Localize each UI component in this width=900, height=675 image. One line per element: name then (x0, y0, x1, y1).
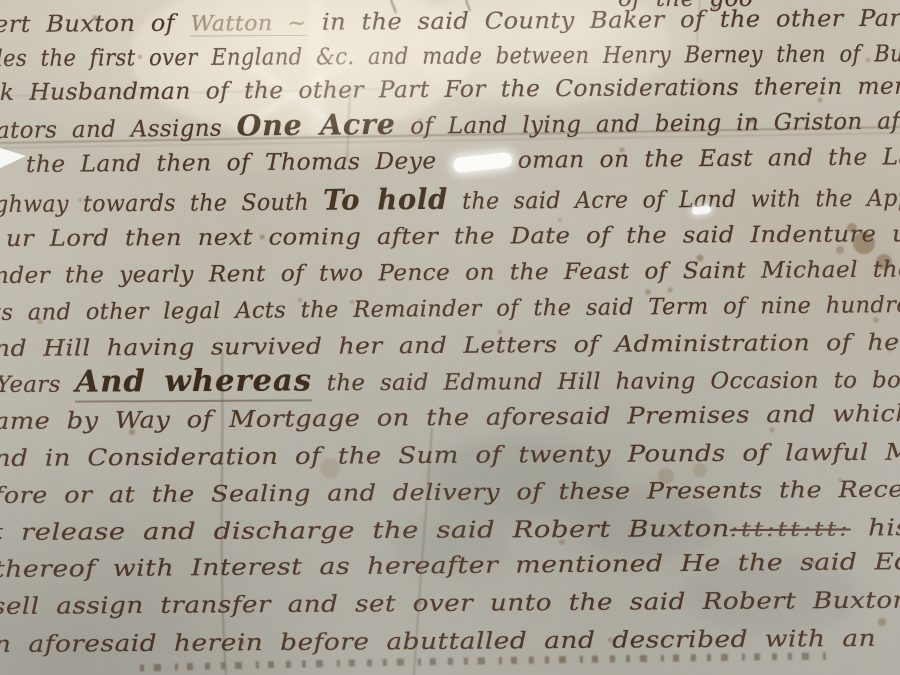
glare-reflection-inline (453, 152, 513, 173)
manuscript-line-18: n aforesaid herein before abuttalled and… (0, 624, 876, 660)
manuscript-text: oman on the East and the Land (518, 144, 900, 174)
manuscript-text: :tt:tt:tt: (730, 517, 851, 542)
manuscript-text: ur Lord then next coming after the Date … (6, 221, 900, 252)
manuscript-text: of Land lying and being in Griston afo (395, 108, 900, 139)
manuscript-line-10: nd Hill having survived her and Letters … (0, 328, 900, 364)
manuscript-text: ert Buxton of (0, 11, 191, 38)
manuscript-line-2: les the first over England &c. and made … (0, 39, 900, 74)
manuscript-line-3: lk Husbandman of the other Part For the … (0, 72, 900, 108)
manuscript-text: t release and discharge the said Robert … (0, 516, 730, 546)
manuscript-text: One Acre (237, 107, 396, 143)
manuscript-line-1: ert Buxton of Watton ~ in the said Count… (0, 4, 900, 40)
manuscript-text: nder the yearly Rent of two Pence on the… (0, 257, 900, 289)
manuscript-text: lk Husbandman of the other Part For the … (0, 74, 900, 106)
manuscript-text: n aforesaid herein before abuttalled and… (0, 626, 876, 658)
manuscript-text: in the said County Baker of the other Pa… (306, 6, 900, 36)
manuscript-text: Years (0, 372, 76, 398)
photograph-of-indenture: of the goo ert Buxton of Watton ~ in the… (0, 0, 900, 675)
manuscript-text: les the first over England &c. and made … (0, 41, 900, 72)
manuscript-text: nd in Consideration of the Sum of twenty… (0, 440, 900, 472)
manuscript-text: ghway towards the South (0, 190, 323, 218)
manuscript-line-14: fore or at the Sealing and delivery of t… (0, 475, 900, 511)
manuscript-text: sell assign transfer and set over unto t… (0, 588, 900, 620)
manuscript-text: Watton ~ (190, 10, 306, 37)
manuscript-line-17: sell assign transfer and set over unto t… (0, 586, 900, 622)
manuscript-line-11: Years And whereas the said Edmund Hill h… (0, 363, 900, 398)
manuscript-text: ame by Way of Mortgage on the aforesaid … (0, 401, 900, 435)
manuscript-text: To hold (323, 182, 448, 217)
manuscript-text: And whereas (75, 363, 312, 402)
manuscript-line-7: ur Lord then next coming after the Date … (6, 219, 900, 254)
manuscript-text: ators and Assigns (0, 115, 237, 144)
manuscript-text: fore or at the Sealing and delivery of t… (0, 477, 900, 509)
manuscript-line-13: nd in Consideration of the Sum of twenty… (0, 438, 900, 474)
manuscript-text: the Land then of Thomas Deye (26, 148, 452, 178)
manuscript-line-8: nder the yearly Rent of two Pence on the… (0, 255, 900, 291)
manuscript-text: the said Acre of Land with the App (448, 186, 900, 215)
manuscript-line-15: t release and discharge the said Robert … (0, 513, 900, 548)
manuscript-text: thereof with Interest as hereafter menti… (0, 549, 900, 583)
manuscript-text: the said Edmund Hill having Occasion to … (312, 367, 900, 396)
manuscript-line-6: ghway towards the South To hold the said… (0, 181, 900, 217)
manuscript-text: his (850, 515, 900, 541)
manuscript-text: nd Hill having survived her and Letters … (0, 330, 900, 362)
manuscript-text: ts and other legal Acts the Remainder of… (0, 292, 900, 326)
